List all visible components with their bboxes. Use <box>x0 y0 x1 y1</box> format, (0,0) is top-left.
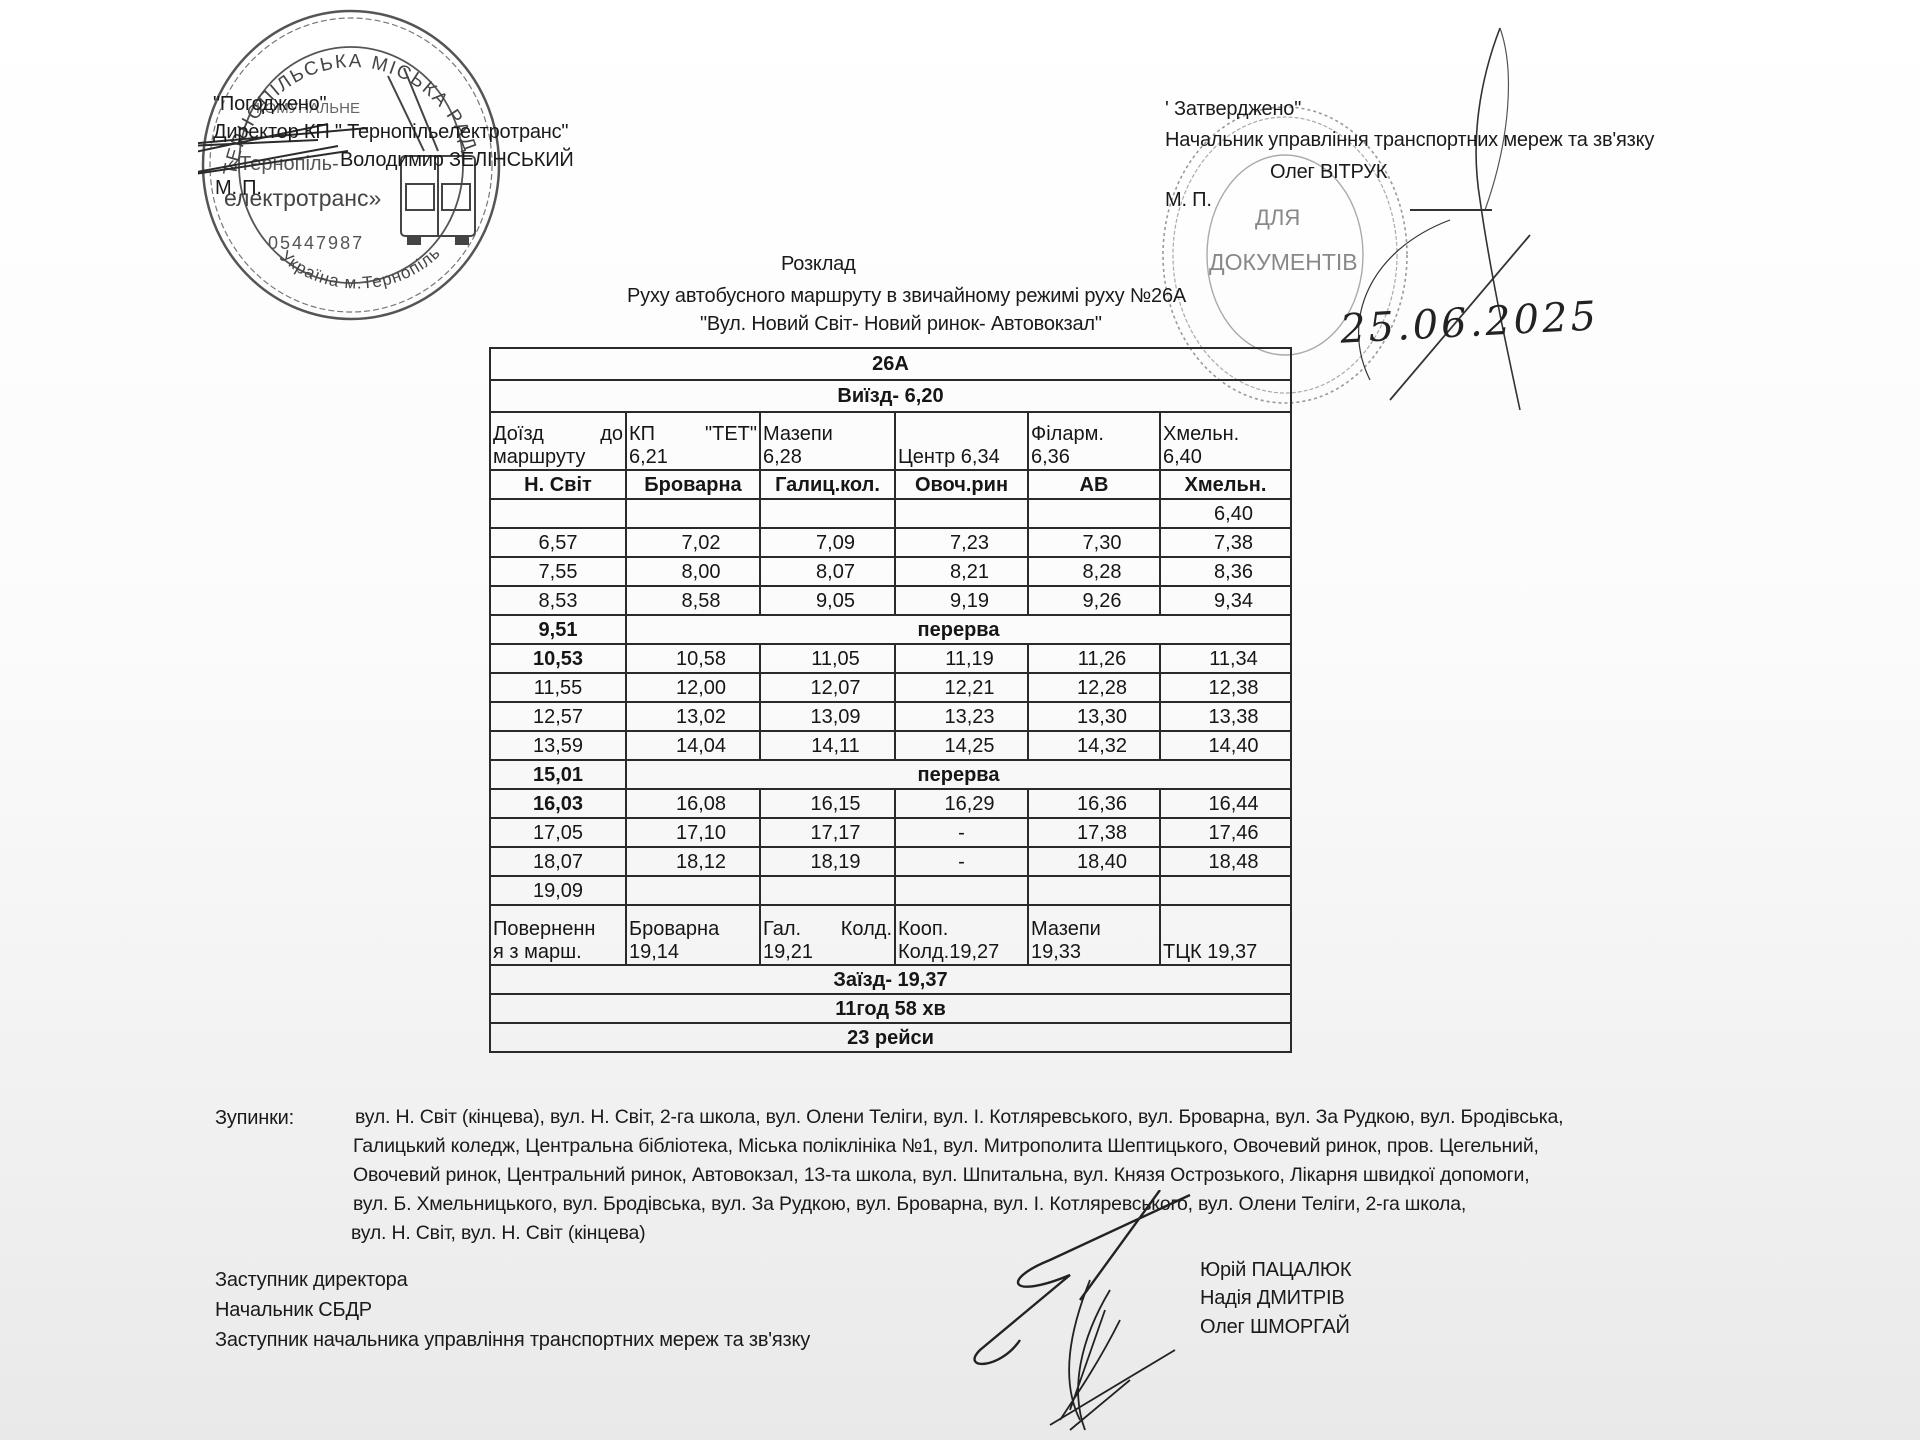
stop-time-cell <box>895 876 1028 905</box>
departure-cell: 17,05 <box>490 818 626 847</box>
stops-list: вул. Н. Світ (кінцева), вул. Н. Світ, 2-… <box>355 1103 1563 1248</box>
table-row: 6,40 <box>490 499 1291 528</box>
departure-cell: 16,03 <box>490 789 626 818</box>
stops-line: вул. Б. Хмельницького, вул. Бродівська, … <box>353 1190 1563 1219</box>
seal-center-line1: ДЛЯ <box>1255 205 1300 230</box>
arrival-time: Заїзд- 19,37 <box>490 965 1291 994</box>
approach-time-khmeln: 6,40 <box>1163 446 1288 469</box>
approval-right-label: ' Затверджено" <box>1165 97 1301 121</box>
return-stop-gal: Гал. <box>763 918 801 941</box>
schedule-table: 26A Виїзд- 6,20 Доїзддомаршруту КП"ТЕТ"6… <box>489 347 1292 1053</box>
stop-time-cell: 9,19 <box>895 586 1028 615</box>
stop-time-cell: 14,04 <box>626 731 760 760</box>
signatory-name: Юрій ПАЦАЛЮК <box>1200 1258 1351 1282</box>
return-time-brovarna: 19,14 <box>629 941 757 964</box>
col-header: Н. Світ <box>490 470 626 499</box>
departure-cell: 10,53 <box>490 644 626 673</box>
stops-line: Галицький коледж, Центральна бібліотека,… <box>353 1132 1563 1161</box>
svg-text:Україна м.Тернопіль: Україна м.Тернопіль <box>276 243 444 293</box>
return-stop-mazepy: Мазепи <box>1031 918 1157 941</box>
table-row: 13,5914,0414,1114,2514,3214,40 <box>490 731 1291 760</box>
signatory-position: Заступник начальника управління транспор… <box>215 1328 810 1352</box>
stop-time-cell: 10,58 <box>626 644 760 673</box>
return-stop-coop: Кооп. <box>898 918 1025 941</box>
departure-cell: 11,55 <box>490 673 626 702</box>
approval-right-seal-mark: М. П. <box>1165 188 1212 212</box>
stop-time-cell: 8,28 <box>1028 557 1160 586</box>
cell <box>1028 499 1160 528</box>
stop-time-cell: 7,02 <box>626 528 760 557</box>
stops-line: Овочевий ринок, Центральний ринок, Автов… <box>353 1161 1563 1190</box>
table-row: 10,5310,5811,0511,1911,2611,34 <box>490 644 1291 673</box>
stop-time-cell: 16,08 <box>626 789 760 818</box>
return-stop-brovarna: Броварна <box>629 918 757 941</box>
return-row: Повернення з марш. Броварна19,14 Гал.Кол… <box>490 905 1291 965</box>
stop-time-cell: 11,05 <box>760 644 895 673</box>
stop-time-cell: 13,38 <box>1160 702 1291 731</box>
doc-subtitle: Руху автобусного маршруту в звичайному р… <box>627 284 1186 308</box>
table-row: 19,09 <box>490 876 1291 905</box>
column-headers: Н. Світ Броварна Галиц.кол. Овоч.рин АВ … <box>490 470 1291 499</box>
approach-stop-khmeln: Хмельн. <box>1163 423 1288 446</box>
table-row: 6,577,027,097,237,307,38 <box>490 528 1291 557</box>
stops-line: вул. Н. Світ (кінцева), вул. Н. Світ, 2-… <box>355 1103 1563 1132</box>
stop-time-cell: 18,40 <box>1028 847 1160 876</box>
stop-time-cell: 8,07 <box>760 557 895 586</box>
stop-time-cell: 12,00 <box>626 673 760 702</box>
stop-time-cell: 17,38 <box>1028 818 1160 847</box>
stop-time-cell: 11,19 <box>895 644 1028 673</box>
stop-time-cell: 12,28 <box>1028 673 1160 702</box>
break-label: перерва <box>626 760 1291 789</box>
approach-stop-center: Центр 6,34 <box>898 446 1025 469</box>
stop-time-cell: 12,38 <box>1160 673 1291 702</box>
stop-time-cell: 8,21 <box>895 557 1028 586</box>
return-time-mazepy: 19,33 <box>1031 941 1157 964</box>
break-row: 9,51 перерва <box>490 615 1291 644</box>
departure-cell: 13,59 <box>490 731 626 760</box>
seal-bottom-text: Україна м.Тернопіль <box>276 243 444 293</box>
departure-cell: 6,57 <box>490 528 626 557</box>
stop-time-cell: 7,38 <box>1160 528 1291 557</box>
stop-time-cell: 11,34 <box>1160 644 1291 673</box>
col-header: Хмельн. <box>1160 470 1291 499</box>
approach-label-route: маршруту <box>493 446 623 469</box>
signatory-name: Надія ДМИТРІВ <box>1200 1286 1345 1310</box>
departure-cell: 7,55 <box>490 557 626 586</box>
stop-time-cell: 14,11 <box>760 731 895 760</box>
stop-time-cell: 9,26 <box>1028 586 1160 615</box>
approval-right-position: Начальник управління транспортних мереж … <box>1165 128 1654 152</box>
rows-midday: 10,5310,5811,0511,1911,2611,3411,5512,00… <box>490 644 1291 760</box>
signature-right <box>1330 20 1630 420</box>
departure-cell: 12,57 <box>490 702 626 731</box>
seal-inner-line2: «Тернопіль- <box>228 153 339 175</box>
cell <box>895 499 1028 528</box>
approach-stop-mazepy: Мазепи <box>763 423 892 446</box>
approach-label: Доїзд <box>493 423 544 446</box>
table-row: 16,0316,0816,1516,2916,3616,44 <box>490 789 1291 818</box>
stop-time-cell <box>1160 876 1291 905</box>
stop-time-cell: - <box>895 818 1028 847</box>
stop-time-cell: 17,17 <box>760 818 895 847</box>
stop-time-cell: 7,09 <box>760 528 895 557</box>
stop-time-cell: 17,46 <box>1160 818 1291 847</box>
break-label: перерва <box>626 615 1291 644</box>
departure-cell: 8,53 <box>490 586 626 615</box>
departure-time: Виїзд- 6,20 <box>490 380 1291 412</box>
approach-time-kp: 6,21 <box>629 446 757 469</box>
stop-time-cell: 14,40 <box>1160 731 1291 760</box>
return-label-2: я з марш. <box>493 941 623 964</box>
return-stop-kold: Колд. <box>841 918 892 941</box>
stop-time-cell: 16,36 <box>1028 789 1160 818</box>
stop-time-cell: 11,26 <box>1028 644 1160 673</box>
stop-time-cell: 16,15 <box>760 789 895 818</box>
stop-time-cell: - <box>895 847 1028 876</box>
approach-stop-filarm: Філарм. <box>1031 423 1157 446</box>
total-duration: 11год 58 хв <box>490 994 1291 1023</box>
approval-left-label: "Погоджено" <box>213 92 326 116</box>
col-header: Галиц.кол. <box>760 470 895 499</box>
rows-evening: 16,0316,0816,1516,2916,3616,4417,0517,10… <box>490 789 1291 905</box>
stop-time-cell: 7,30 <box>1028 528 1160 557</box>
route-name: "Вул. Новий Світ- Новий ринок- Автовокза… <box>700 312 1102 336</box>
cell <box>760 499 895 528</box>
doc-title: Розклад <box>781 252 856 276</box>
cell: 6,40 <box>1160 499 1291 528</box>
return-time-coop: Колд.19,27 <box>898 941 1025 964</box>
col-header: АВ <box>1028 470 1160 499</box>
seal-code: 05447987 <box>268 233 364 253</box>
stop-time-cell: 18,12 <box>626 847 760 876</box>
seal-center-line2: ДОКУМЕНТІВ <box>1209 249 1358 275</box>
stop-time-cell: 14,25 <box>895 731 1028 760</box>
return-time-gal: 19,21 <box>763 941 892 964</box>
route-number: 26A <box>490 348 1291 380</box>
table-row: 8,538,589,059,199,269,34 <box>490 586 1291 615</box>
stop-time-cell: 12,07 <box>760 673 895 702</box>
stop-time-cell: 18,19 <box>760 847 895 876</box>
approval-left-seal-mark: М. П. <box>215 176 262 200</box>
stop-time-cell: 13,30 <box>1028 702 1160 731</box>
signatory-position: Начальник СБДР <box>215 1298 372 1322</box>
stop-time-cell: 16,44 <box>1160 789 1291 818</box>
table-row: 7,558,008,078,218,288,36 <box>490 557 1291 586</box>
table-row: 11,5512,0012,0712,2112,2812,38 <box>490 673 1291 702</box>
signatory-position: Заступник директора <box>215 1268 408 1292</box>
stop-time-cell <box>626 876 760 905</box>
stop-time-cell: 12,21 <box>895 673 1028 702</box>
return-label: Поверненн <box>493 918 623 941</box>
break-time: 9,51 <box>490 615 626 644</box>
approach-time-mazepy: 6,28 <box>763 446 892 469</box>
stop-time-cell: 8,58 <box>626 586 760 615</box>
stop-time-cell: 13,02 <box>626 702 760 731</box>
stop-time-cell: 18,48 <box>1160 847 1291 876</box>
table-row: 18,0718,1218,19-18,4018,48 <box>490 847 1291 876</box>
departure-cell: 18,07 <box>490 847 626 876</box>
stop-time-cell: 16,29 <box>895 789 1028 818</box>
stop-time-cell: 13,09 <box>760 702 895 731</box>
handwritten-date: 25.06.2025 <box>1339 293 1600 352</box>
departure-cell: 19,09 <box>490 876 626 905</box>
approach-row: Доїзддомаршруту КП"ТЕТ"6,21 Мазепи6,28 Ц… <box>490 412 1291 470</box>
stop-time-cell: 7,23 <box>895 528 1028 557</box>
stop-time-cell <box>760 876 895 905</box>
approach-label-to: до <box>600 423 623 446</box>
stops-label: Зупинки: <box>215 1106 294 1130</box>
approval-left-name: Володимир ЗЕЛІНСЬКИЙ <box>340 148 574 172</box>
rows-morning: 6,577,027,097,237,307,387,558,008,078,21… <box>490 528 1291 615</box>
stop-time-cell: 13,23 <box>895 702 1028 731</box>
approach-stop-kp: КП <box>629 423 655 446</box>
break-time: 15,01 <box>490 760 626 789</box>
stop-time-cell: 8,36 <box>1160 557 1291 586</box>
cell <box>626 499 760 528</box>
approach-time-filarm: 6,36 <box>1031 446 1157 469</box>
stop-time-cell: 17,10 <box>626 818 760 847</box>
stop-time-cell: 8,00 <box>626 557 760 586</box>
signatory-name: Олег ШМОРГАЙ <box>1200 1315 1350 1339</box>
cell <box>490 499 626 528</box>
stops-line: вул. Н. Світ, вул. Н. Світ (кінцева) <box>351 1219 1563 1248</box>
trip-count: 23 рейси <box>490 1023 1291 1052</box>
return-stop-tck: ТЦК 19,37 <box>1163 941 1288 964</box>
table-row: 12,5713,0213,0913,2313,3013,38 <box>490 702 1291 731</box>
stop-time-cell <box>1028 876 1160 905</box>
break-row: 15,01 перерва <box>490 760 1291 789</box>
approach-stop-tet: "ТЕТ" <box>705 423 757 446</box>
approval-right-name: Олег ВІТРУК <box>1270 160 1387 184</box>
stop-time-cell: 9,34 <box>1160 586 1291 615</box>
approval-left-position: Директор КП " Тернопільелектротранс" <box>213 120 568 144</box>
col-header: Овоч.рин <box>895 470 1028 499</box>
stop-time-cell: 14,32 <box>1028 731 1160 760</box>
table-row: 17,0517,1017,17-17,3817,46 <box>490 818 1291 847</box>
stop-time-cell: 9,05 <box>760 586 895 615</box>
col-header: Броварна <box>626 470 760 499</box>
